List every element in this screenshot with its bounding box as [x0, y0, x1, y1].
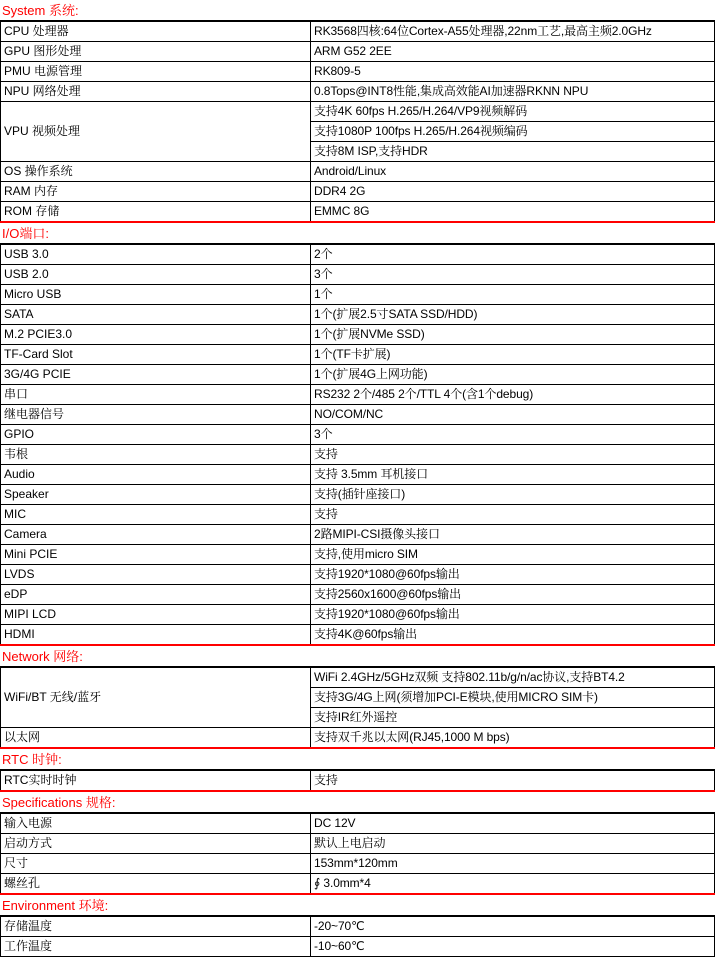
table-row: LVDS支持1920*1080@60fps输出 — [1, 565, 715, 585]
spec-value: 支持 — [311, 505, 715, 525]
section-title: Specifications 规格: — [0, 792, 715, 812]
spec-table: 输入电源DC 12V启动方式默认上电启动尺寸153mm*120mm螺丝孔∮ 3.… — [0, 812, 715, 895]
spec-label: 启动方式 — [1, 834, 311, 854]
table-row: TF-Card Slot1个(TF卡扩展) — [1, 345, 715, 365]
spec-value: RK3568四核:64位Cortex-A55处理器,22nm工艺,最高主频2.0… — [311, 21, 715, 42]
table-row: Audio支持 3.5mm 耳机接口 — [1, 465, 715, 485]
spec-label: PMU 电源管理 — [1, 62, 311, 82]
spec-label: 存储温度 — [1, 916, 311, 937]
spec-label: M.2 PCIE3.0 — [1, 325, 311, 345]
table-row: Micro USB1个 — [1, 285, 715, 305]
table-row: 3G/4G PCIE1个(扩展4G上网功能) — [1, 365, 715, 385]
spec-value: 0.8Tops@INT8性能,集成高效能AI加速器RKNN NPU — [311, 82, 715, 102]
table-row: VPU 视频处理支持4K 60fps H.265/H.264/VP9视频解码 — [1, 102, 715, 122]
table-row: eDP支持2560x1600@60fps输出 — [1, 585, 715, 605]
spec-label: Micro USB — [1, 285, 311, 305]
spec-label: HDMI — [1, 625, 311, 646]
table-row: Speaker支持(插针座接口) — [1, 485, 715, 505]
table-row: ROM 存储EMMC 8G — [1, 202, 715, 223]
table-row: MIPI LCD支持1920*1080@60fps输出 — [1, 605, 715, 625]
spec-label: GPU 图形处理 — [1, 42, 311, 62]
spec-table: USB 3.02个USB 2.03个Micro USB1个SATA1个(扩展2.… — [0, 243, 715, 646]
spec-label: Camera — [1, 525, 311, 545]
spec-table: WiFi/BT 无线/蓝牙WiFi 2.4GHz/5GHz双频 支持802.11… — [0, 666, 715, 749]
section-title: System 系统: — [0, 0, 715, 20]
table-row: WiFi/BT 无线/蓝牙WiFi 2.4GHz/5GHz双频 支持802.11… — [1, 667, 715, 688]
table-row: Mini PCIE支持,使用micro SIM — [1, 545, 715, 565]
section-title: I/O端口: — [0, 223, 715, 243]
spec-value: 1个(TF卡扩展) — [311, 345, 715, 365]
spec-label: eDP — [1, 585, 311, 605]
spec-label: 韦根 — [1, 445, 311, 465]
table-row: USB 2.03个 — [1, 265, 715, 285]
spec-label: Mini PCIE — [1, 545, 311, 565]
section-title: RTC 时钟: — [0, 749, 715, 769]
spec-table: CPU 处理器RK3568四核:64位Cortex-A55处理器,22nm工艺,… — [0, 20, 715, 223]
spec-label: SATA — [1, 305, 311, 325]
spec-label: 工作温度 — [1, 937, 311, 957]
spec-value: RK809-5 — [311, 62, 715, 82]
table-row: 启动方式默认上电启动 — [1, 834, 715, 854]
table-row: Camera2路MIPI-CSI摄像头接口 — [1, 525, 715, 545]
spec-value: ARM G52 2EE — [311, 42, 715, 62]
spec-label: USB 3.0 — [1, 244, 311, 265]
table-row: 韦根支持 — [1, 445, 715, 465]
spec-label: RAM 内存 — [1, 182, 311, 202]
table-row: M.2 PCIE3.01个(扩展NVMe SSD) — [1, 325, 715, 345]
table-row: RTC实时时钟支持 — [1, 770, 715, 791]
spec-value: 支持IR红外遥控 — [311, 708, 715, 728]
spec-label: Audio — [1, 465, 311, 485]
table-row: 输入电源DC 12V — [1, 813, 715, 834]
table-row: GPU 图形处理ARM G52 2EE — [1, 42, 715, 62]
spec-value: 1个(扩展NVMe SSD) — [311, 325, 715, 345]
spec-value: 支持3G/4G上网(须增加PCI-E模块,使用MICRO SIM卡) — [311, 688, 715, 708]
spec-value: 支持 3.5mm 耳机接口 — [311, 465, 715, 485]
spec-label: 串口 — [1, 385, 311, 405]
spec-value: -20~70℃ — [311, 916, 715, 937]
table-row: 以太网支持双千兆以太网(RJ45,1000 M bps) — [1, 728, 715, 749]
spec-label: 螺丝孔 — [1, 874, 311, 895]
spec-value: 支持 — [311, 770, 715, 791]
spec-label: USB 2.0 — [1, 265, 311, 285]
spec-label: 尺寸 — [1, 854, 311, 874]
spec-value: 支持1920*1080@60fps输出 — [311, 605, 715, 625]
table-row: HDMI支持4K@60fps输出 — [1, 625, 715, 646]
spec-value: 2路MIPI-CSI摄像头接口 — [311, 525, 715, 545]
spec-value: 支持2560x1600@60fps输出 — [311, 585, 715, 605]
spec-label: 3G/4G PCIE — [1, 365, 311, 385]
table-row: 工作温度-10~60℃ — [1, 937, 715, 957]
spec-label: TF-Card Slot — [1, 345, 311, 365]
table-row: USB 3.02个 — [1, 244, 715, 265]
spec-value: 支持1080P 100fps H.265/H.264视频编码 — [311, 122, 715, 142]
spec-label: RTC实时时钟 — [1, 770, 311, 791]
spec-value: 支持(插针座接口) — [311, 485, 715, 505]
spec-label: 输入电源 — [1, 813, 311, 834]
spec-value: -10~60℃ — [311, 937, 715, 957]
spec-sheet: System 系统:CPU 处理器RK3568四核:64位Cortex-A55处… — [0, 0, 715, 957]
spec-value: 支持 — [311, 445, 715, 465]
spec-value: NO/COM/NC — [311, 405, 715, 425]
spec-value: 2个 — [311, 244, 715, 265]
table-row: SATA1个(扩展2.5寸SATA SSD/HDD) — [1, 305, 715, 325]
spec-value: RS232 2个/485 2个/TTL 4个(含1个debug) — [311, 385, 715, 405]
spec-label: OS 操作系统 — [1, 162, 311, 182]
spec-value: 3个 — [311, 265, 715, 285]
section-title: Environment 环境: — [0, 895, 715, 915]
spec-value: WiFi 2.4GHz/5GHz双频 支持802.11b/g/n/ac协议,支持… — [311, 667, 715, 688]
table-row: 尺寸153mm*120mm — [1, 854, 715, 874]
spec-value: 支持双千兆以太网(RJ45,1000 M bps) — [311, 728, 715, 749]
table-row: 串口RS232 2个/485 2个/TTL 4个(含1个debug) — [1, 385, 715, 405]
spec-value: 支持,使用micro SIM — [311, 545, 715, 565]
section-title: Network 网络: — [0, 646, 715, 666]
spec-label: NPU 网络处理 — [1, 82, 311, 102]
spec-label: MIPI LCD — [1, 605, 311, 625]
table-row: 螺丝孔∮ 3.0mm*4 — [1, 874, 715, 895]
spec-label: WiFi/BT 无线/蓝牙 — [1, 667, 311, 728]
spec-value: 支持4K 60fps H.265/H.264/VP9视频解码 — [311, 102, 715, 122]
spec-value: 1个(扩展4G上网功能) — [311, 365, 715, 385]
table-row: PMU 电源管理RK809-5 — [1, 62, 715, 82]
spec-value: 1个(扩展2.5寸SATA SSD/HDD) — [311, 305, 715, 325]
spec-table: 存储温度-20~70℃工作温度-10~60℃ — [0, 915, 715, 957]
spec-label: 以太网 — [1, 728, 311, 749]
spec-value: ∮ 3.0mm*4 — [311, 874, 715, 895]
spec-value: DC 12V — [311, 813, 715, 834]
spec-label: VPU 视频处理 — [1, 102, 311, 162]
spec-label: ROM 存储 — [1, 202, 311, 223]
spec-value: 默认上电启动 — [311, 834, 715, 854]
spec-value: 153mm*120mm — [311, 854, 715, 874]
spec-value: 3个 — [311, 425, 715, 445]
spec-label: GPIO — [1, 425, 311, 445]
spec-label: LVDS — [1, 565, 311, 585]
table-row: 继电器信号NO/COM/NC — [1, 405, 715, 425]
spec-label: CPU 处理器 — [1, 21, 311, 42]
spec-value: 支持8M ISP,支持HDR — [311, 142, 715, 162]
spec-label: 继电器信号 — [1, 405, 311, 425]
table-row: NPU 网络处理0.8Tops@INT8性能,集成高效能AI加速器RKNN NP… — [1, 82, 715, 102]
spec-value: Android/Linux — [311, 162, 715, 182]
spec-label: MIC — [1, 505, 311, 525]
spec-value: 支持1920*1080@60fps输出 — [311, 565, 715, 585]
table-row: OS 操作系统Android/Linux — [1, 162, 715, 182]
table-row: RAM 内存DDR4 2G — [1, 182, 715, 202]
spec-value: 1个 — [311, 285, 715, 305]
table-row: GPIO3个 — [1, 425, 715, 445]
spec-value: DDR4 2G — [311, 182, 715, 202]
table-row: 存储温度-20~70℃ — [1, 916, 715, 937]
spec-table: RTC实时时钟支持 — [0, 769, 715, 792]
spec-label: Speaker — [1, 485, 311, 505]
table-row: MIC支持 — [1, 505, 715, 525]
table-row: CPU 处理器RK3568四核:64位Cortex-A55处理器,22nm工艺,… — [1, 21, 715, 42]
spec-value: 支持4K@60fps输出 — [311, 625, 715, 646]
spec-value: EMMC 8G — [311, 202, 715, 223]
